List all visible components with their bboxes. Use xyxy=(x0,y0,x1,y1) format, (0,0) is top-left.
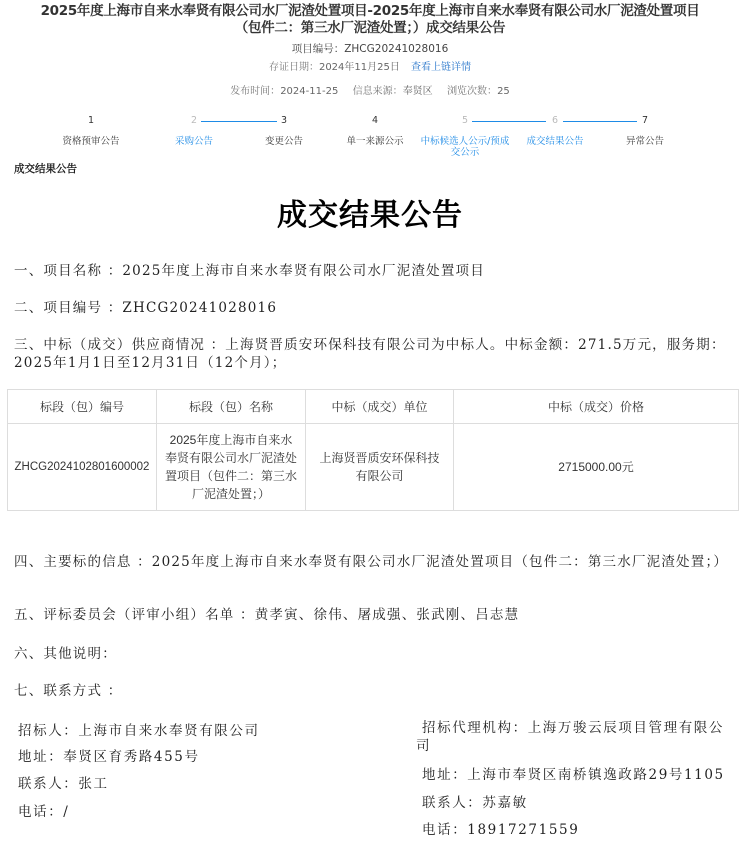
cell-lot-code: ZHCG2024102801600002 xyxy=(8,424,157,511)
step-2[interactable]: 2 采购公告 xyxy=(144,115,244,147)
chain-details-link[interactable]: 查看上链详情 xyxy=(411,62,471,73)
step-label: 资格预审公告 xyxy=(41,136,141,147)
step-number: 1 xyxy=(41,115,141,129)
section-other-notes: 六、其他说明： xyxy=(14,645,736,663)
step-label: 成交结果公告 xyxy=(505,136,605,147)
step-3[interactable]: 3 变更公告 xyxy=(234,115,334,147)
result-table: 标段（包）编号 标段（包）名称 中标（成交）单位 中标（成交）价格 ZHCG20… xyxy=(7,389,739,511)
column-header: 标段（包）名称 xyxy=(157,390,306,424)
step-4[interactable]: 4 单一来源公示 xyxy=(325,115,425,147)
step-5[interactable]: 5 中标候选人公示/预成交公示 xyxy=(415,115,515,158)
agent-address: 地址：上海市奉贤区南桥镇逸政路29号1105 xyxy=(422,763,725,783)
agent-person: 联系人：苏嘉敏 xyxy=(422,791,528,811)
step-number: 3 xyxy=(234,115,334,129)
step-label: 单一来源公示 xyxy=(325,136,425,147)
step-label: 采购公告 xyxy=(144,136,244,147)
views-label: 浏览次数： xyxy=(447,86,497,97)
section-contact: 七、联系方式 ： xyxy=(14,682,736,700)
step-number: 5 xyxy=(415,115,515,129)
document-title: 成交结果公告 xyxy=(0,190,740,234)
table-header-row: 标段（包）编号 标段（包）名称 中标（成交）单位 中标（成交）价格 xyxy=(8,390,739,424)
cell-winner: 上海贤晋质安环保科技有限公司 xyxy=(306,424,454,511)
step-number: 6 xyxy=(505,115,605,129)
views-value: 25 xyxy=(497,86,510,97)
step-label: 变更公告 xyxy=(234,136,334,147)
source-label: 信息来源： xyxy=(353,86,403,97)
column-header: 中标（成交）单位 xyxy=(306,390,454,424)
step-label: 中标候选人公示/预成交公示 xyxy=(417,136,513,158)
section-committee: 五、评标委员会（评审小组）名单 ：黄孝寅、徐伟、屠成强、张武刚、吕志慧 xyxy=(14,606,736,624)
table-row: ZHCG2024102801600002 2025年度上海市自来水奉贤有限公司水… xyxy=(8,424,739,511)
publish-time-value: 2024-11-25 xyxy=(280,86,338,97)
section-tag: 成交结果公告 xyxy=(14,161,77,176)
cell-lot-name: 2025年度上海市自来水奉贤有限公司水厂泥渣处置项目（包件二：第三水厂泥渣处置；… xyxy=(157,424,306,511)
section-project-number: 二、项目编号 ：ZHCG20241028016 xyxy=(14,299,736,317)
step-number: 2 xyxy=(144,115,244,129)
process-steps: 1 资格预审公告 2 采购公告 3 变更公告 4 单一来源公示 5 中标候选人公… xyxy=(0,115,740,165)
cert-date-value: 2024年11月25日 xyxy=(319,62,400,73)
buyer-person: 联系人：张工 xyxy=(18,772,109,792)
step-label: 异常公告 xyxy=(595,136,695,147)
step-1[interactable]: 1 资格预审公告 xyxy=(41,115,141,147)
publish-time-label: 发布时间： xyxy=(230,86,280,97)
section-supplier: 三、中标（成交）供应商情况 ：上海贤晋质安环保科技有限公司为中标人。中标金额：2… xyxy=(14,336,736,372)
source-value: 奉贤区 xyxy=(403,86,433,97)
project-number-value: ZHCG20241028016 xyxy=(344,43,448,55)
buyer-address: 地址：奉贤区育秀路455号 xyxy=(18,745,200,765)
project-number: 项目编号：ZHCG20241028016 xyxy=(0,43,740,55)
page-title-line2: （包件二：第三水厂泥渣处置；）成交结果公告 xyxy=(0,20,740,37)
cert-date: 存证日期：2024年11月25日 查看上链详情 xyxy=(0,62,740,74)
section-project-name: 一、项目名称 ：2025年度上海市自来水奉贤有限公司水厂泥渣处置项目 xyxy=(14,262,736,280)
page-title-line1: 2025年度上海市自来水奉贤有限公司水厂泥渣处置项目-2025年度上海市自来水奉… xyxy=(0,3,740,20)
cell-price: 2715000.00元 xyxy=(454,424,739,511)
column-header: 中标（成交）价格 xyxy=(454,390,739,424)
agent-name: 招标代理机构：上海万骏云辰项目管理有限公司 xyxy=(416,719,738,755)
section-main-subject: 四、主要标的信息 ：2025年度上海市自来水奉贤有限公司水厂泥渣处置项目（包件二… xyxy=(14,553,736,571)
agent-phone: 电话：18917271559 xyxy=(422,818,579,838)
step-number: 4 xyxy=(325,115,425,129)
step-6[interactable]: 6 成交结果公告 xyxy=(505,115,605,147)
buyer-name: 招标人：上海市自来水奉贤有限公司 xyxy=(18,719,260,739)
page-title: 2025年度上海市自来水奉贤有限公司水厂泥渣处置项目-2025年度上海市自来水奉… xyxy=(0,3,740,37)
project-number-label: 项目编号： xyxy=(292,43,345,55)
buyer-phone: 电话：/ xyxy=(18,800,69,820)
column-header: 标段（包）编号 xyxy=(8,390,157,424)
cert-date-label: 存证日期： xyxy=(269,62,319,73)
step-7[interactable]: 7 异常公告 xyxy=(595,115,695,147)
step-number: 7 xyxy=(595,115,695,129)
publish-info: 发布时间：2024-11-25 信息来源：奉贤区 浏览次数：25 xyxy=(0,86,740,98)
